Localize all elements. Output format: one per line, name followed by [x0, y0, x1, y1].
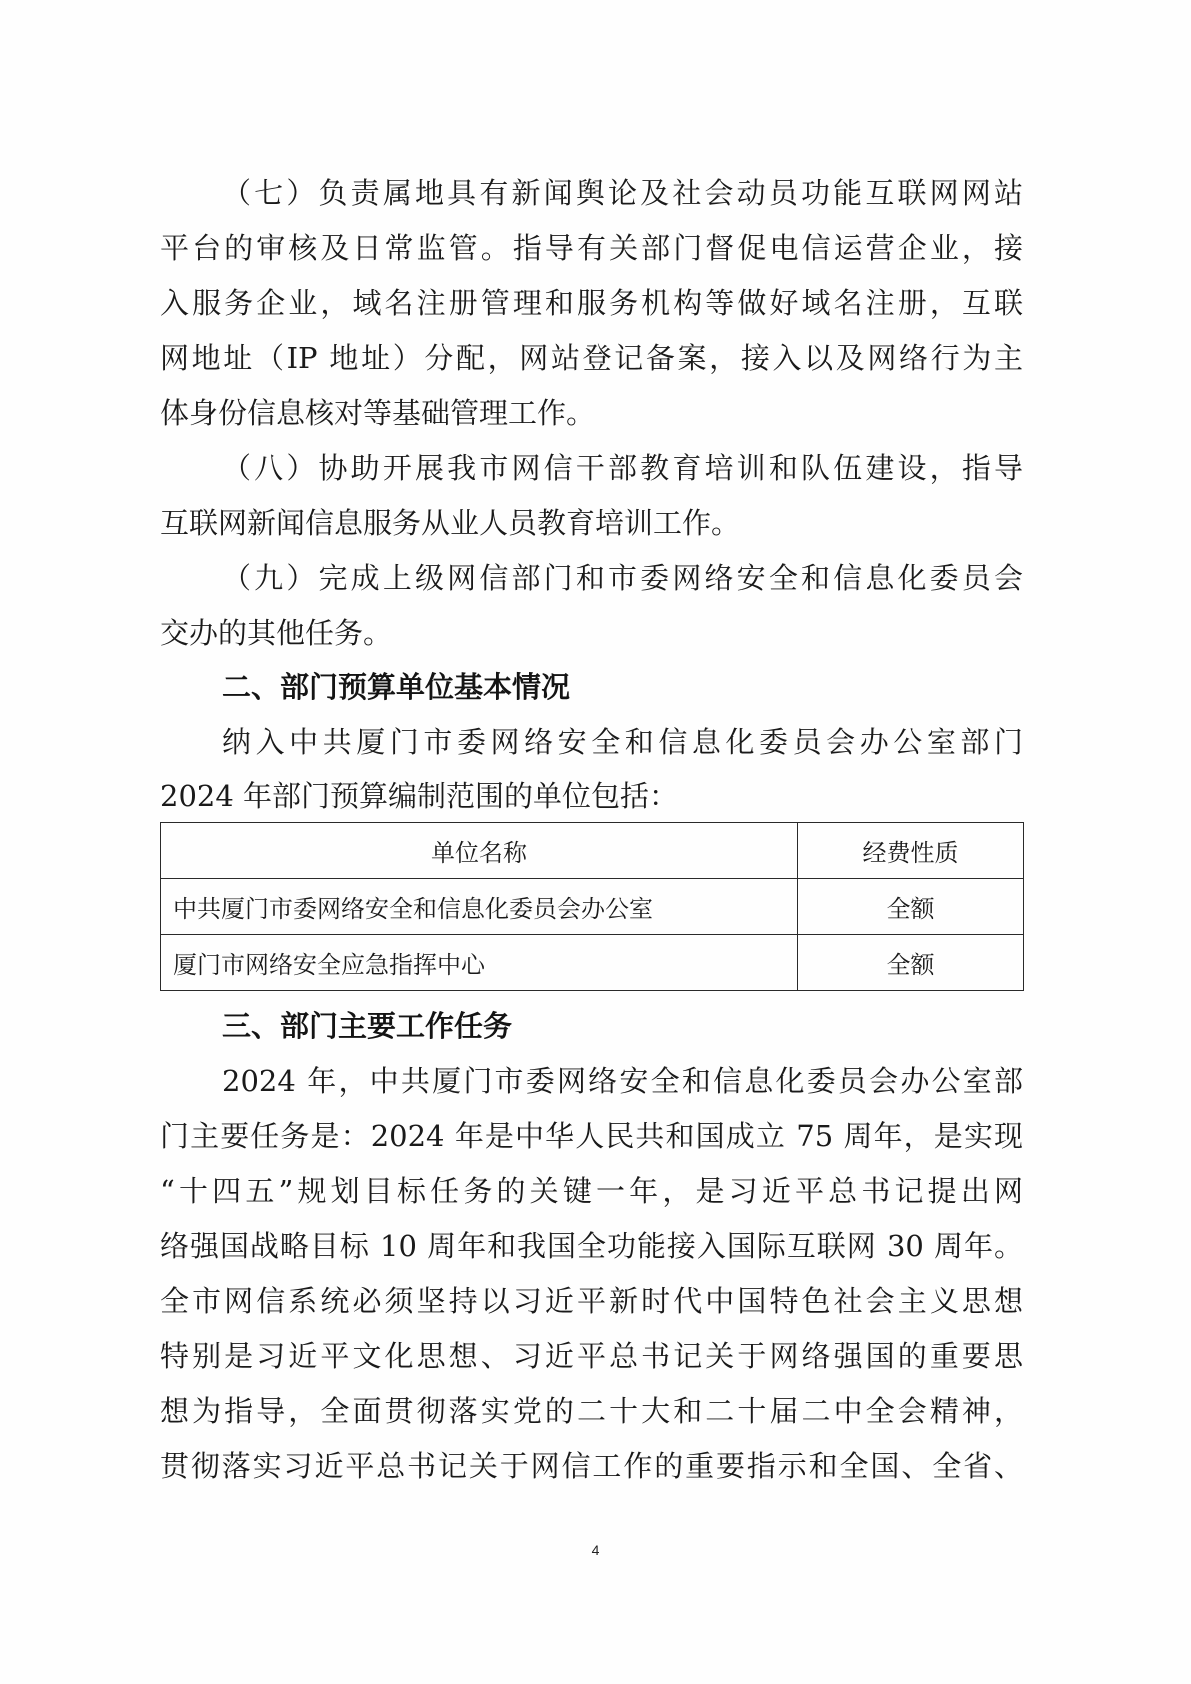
paragraph-line: 2024 年，中共厦门市委网络安全和信息化委员会办公室部 — [222, 1058, 1023, 1104]
table-row: 厦门市网络安全应急指挥中心 全额 — [161, 935, 1024, 991]
table-cell-funding-type: 全额 — [798, 935, 1024, 991]
paragraph-line: 平台的审核及日常监管。指导有关部门督促电信运营企业，接 — [160, 225, 1023, 271]
paragraph-line: 贯彻落实习近平总书记关于网信工作的重要指示和全国、全省、 — [160, 1443, 1023, 1489]
paragraph-line: （七）负责属地具有新闻舆论及社会动员功能互联网网站 — [222, 170, 1023, 216]
paragraph-line: 交办的其他任务。 — [160, 610, 1023, 656]
paragraph-line: 入服务企业，域名注册管理和服务机构等做好域名注册，互联 — [160, 280, 1023, 326]
table-row: 中共厦门市委网络安全和信息化委员会办公室 全额 — [161, 879, 1024, 935]
paragraph-line: 全市网信系统必须坚持以习近平新时代中国特色社会主义思想 — [160, 1278, 1023, 1324]
document-page: （七）负责属地具有新闻舆论及社会动员功能互联网网站 平台的审核及日常监管。指导有… — [0, 0, 1191, 1684]
paragraph-line: 2024 年部门预算编制范围的单位包括： — [160, 773, 1023, 819]
section-heading-main-tasks: 三、部门主要工作任务 — [222, 1003, 512, 1049]
table-cell-unit-name: 中共厦门市委网络安全和信息化委员会办公室 — [161, 879, 798, 935]
table-header-row: 单位名称 经费性质 — [161, 823, 1024, 879]
section-heading-budget-units: 二、部门预算单位基本情况 — [222, 664, 570, 710]
paragraph-line: 门主要任务是：2024 年是中华人民共和国成立 75 周年，是实现 — [160, 1113, 1023, 1159]
paragraph-line: 特别是习近平文化思想、习近平总书记关于网络强国的重要思 — [160, 1333, 1023, 1379]
paragraph-line: （九）完成上级网信部门和市委网络安全和信息化委员会 — [222, 555, 1023, 601]
table-cell-unit-name: 厦门市网络安全应急指挥中心 — [161, 935, 798, 991]
paragraph-line: “十四五”规划目标任务的关键一年，是习近平总书记提出网 — [160, 1168, 1023, 1214]
paragraph-line: 想为指导，全面贯彻落实党的二十大和二十届二中全会精神， — [160, 1388, 1023, 1434]
table-header-unit-name: 单位名称 — [161, 823, 798, 879]
table-cell-funding-type: 全额 — [798, 879, 1024, 935]
paragraph-line: 纳入中共厦门市委网络安全和信息化委员会办公室部门 — [222, 719, 1023, 765]
table-header-funding-type: 经费性质 — [798, 823, 1024, 879]
paragraph-line: （八）协助开展我市网信干部教育培训和队伍建设，指导 — [222, 445, 1023, 491]
paragraph-line: 络强国战略目标 10 周年和我国全功能接入国际互联网 30 周年。 — [160, 1223, 1023, 1269]
budget-units-table: 单位名称 经费性质 中共厦门市委网络安全和信息化委员会办公室 全额 厦门市网络安… — [160, 822, 1024, 991]
page-number: 4 — [0, 1542, 1191, 1558]
paragraph-line: 互联网新闻信息服务从业人员教育培训工作。 — [160, 500, 1023, 546]
paragraph-line: 体身份信息核对等基础管理工作。 — [160, 390, 1023, 436]
paragraph-line: 网地址（IP 地址）分配，网站登记备案，接入以及网络行为主 — [160, 335, 1023, 381]
